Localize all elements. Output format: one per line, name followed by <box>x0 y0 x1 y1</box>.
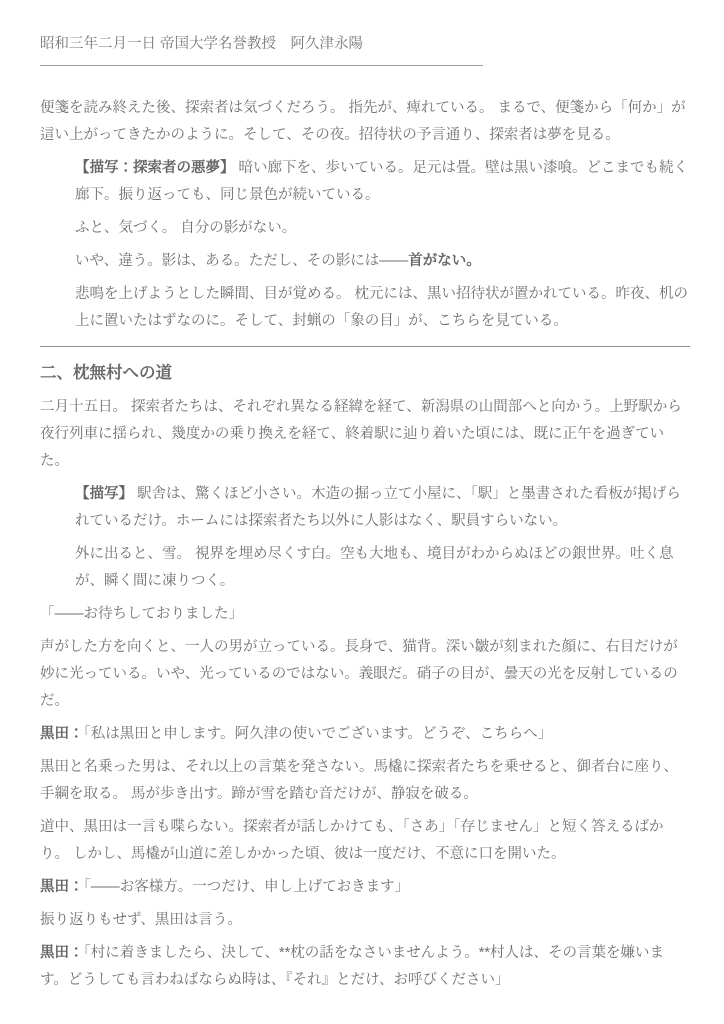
paragraph-nightmare-1: 【描写：探索者の悪夢】 暗い廊下を、歩いている。足元は畳。壁は黒い漆喰。どこまで… <box>75 155 690 209</box>
paragraph-nightmare-2: ふと、気づく。 自分の影がない。 <box>75 215 690 242</box>
dialogue-text: 「――お客様方。一つだけ、申し上げておきます」 <box>84 879 410 895</box>
paragraph-nightmare-3: いや、違う。影は、ある。ただし、その影には――首がない。 <box>75 248 690 275</box>
speaker-name: 黒田： <box>40 726 84 742</box>
paragraph-nightmare-4: 悲鳴を上げようとした瞬間、目が覚める。 枕元には、黒い招待状が置かれている。昨夜… <box>75 281 690 335</box>
paragraph-road-1: 二月十五日。 探索者たちは、それぞれ異なる経緯を経て、新潟県の山間部へと向かう。… <box>40 394 690 475</box>
speaker-name: 黒田： <box>40 945 84 961</box>
description-label: 【描写：探索者の悪夢】 <box>75 160 235 176</box>
sentence-lead: いや、違う。影は、ある。ただし、その影には―― <box>75 253 408 269</box>
document-header: 昭和三年二月一日 帝国大学名誉教授 阿久津永陽 <box>40 34 483 66</box>
dialogue-text: 「村に着きましたら、決して、**枕の話をなさいませんよう。**村人は、その言葉を… <box>40 945 664 988</box>
dialogue-text: 「私は黒田と申します。阿久津の使いでございます。どうぞ、こちらへ」 <box>84 726 553 742</box>
nightmare-description-block: 【描写：探索者の悪夢】 暗い廊下を、歩いている。足元は畳。壁は黒い漆喰。どこまで… <box>75 155 690 335</box>
paragraph-road-4: 道中、黒田は一言も喋らない。探索者が話しかけても、「さあ」「存じません」と短く答… <box>40 814 690 868</box>
section-divider <box>40 346 690 347</box>
paragraph-station-2: 外に出ると、雪。 視界を埋め尽くす白。空も大地も、境目がわからぬほどの銀世界。吐… <box>75 541 690 595</box>
dialogue-kuroda-2: 黒田：「――お客様方。一つだけ、申し上げておきます」 <box>40 874 690 901</box>
dialogue-kuroda-3: 黒田：「村に着きましたら、決して、**枕の話をなさいませんよう。**村人は、その… <box>40 940 690 994</box>
paragraph-road-3: 黒田と名乗った男は、それ以上の言葉を発さない。馬橇に探索者たちを乗せると、御者台… <box>40 754 690 808</box>
emphasized-phrase: 首がない。 <box>408 253 481 269</box>
description-text: 駅舎は、驚くほど小さい。木造の掘っ立て小屋に、「駅」と墨書された看板が掲げられて… <box>75 486 681 529</box>
station-description-block: 【描写】 駅舎は、驚くほど小さい。木造の掘っ立て小屋に、「駅」と墨書された看板が… <box>75 481 690 595</box>
paragraph-road-5: 振り返りもせず、黒田は言う。 <box>40 907 690 934</box>
dialogue-kuroda-1: 黒田：「私は黒田と申します。阿久津の使いでございます。どうぞ、こちらへ」 <box>40 721 690 748</box>
document-page: 昭和三年二月一日 帝国大学名誉教授 阿久津永陽 便箋を読み終えた後、探索者は気づ… <box>0 0 724 1024</box>
paragraph-road-2: 声がした方を向くと、一人の男が立っている。長身で、猫背。深い皺が刻まれた顔に、右… <box>40 634 690 715</box>
description-label: 【描写】 <box>75 486 133 502</box>
speaker-name: 黒田： <box>40 879 84 895</box>
paragraph-station-1: 【描写】 駅舎は、驚くほど小さい。木造の掘っ立て小屋に、「駅」と墨書された看板が… <box>75 481 690 535</box>
section-heading: 二、枕無村への道 <box>40 361 690 385</box>
header-byline: 昭和三年二月一日 帝国大学名誉教授 阿久津永陽 <box>40 36 363 52</box>
quoted-line: 「――お待ちしておりました」 <box>40 601 690 628</box>
paragraph-intro: 便箋を読み終えた後、探索者は気づくだろう。 指先が、痺れている。 まるで、便箋か… <box>40 95 690 149</box>
